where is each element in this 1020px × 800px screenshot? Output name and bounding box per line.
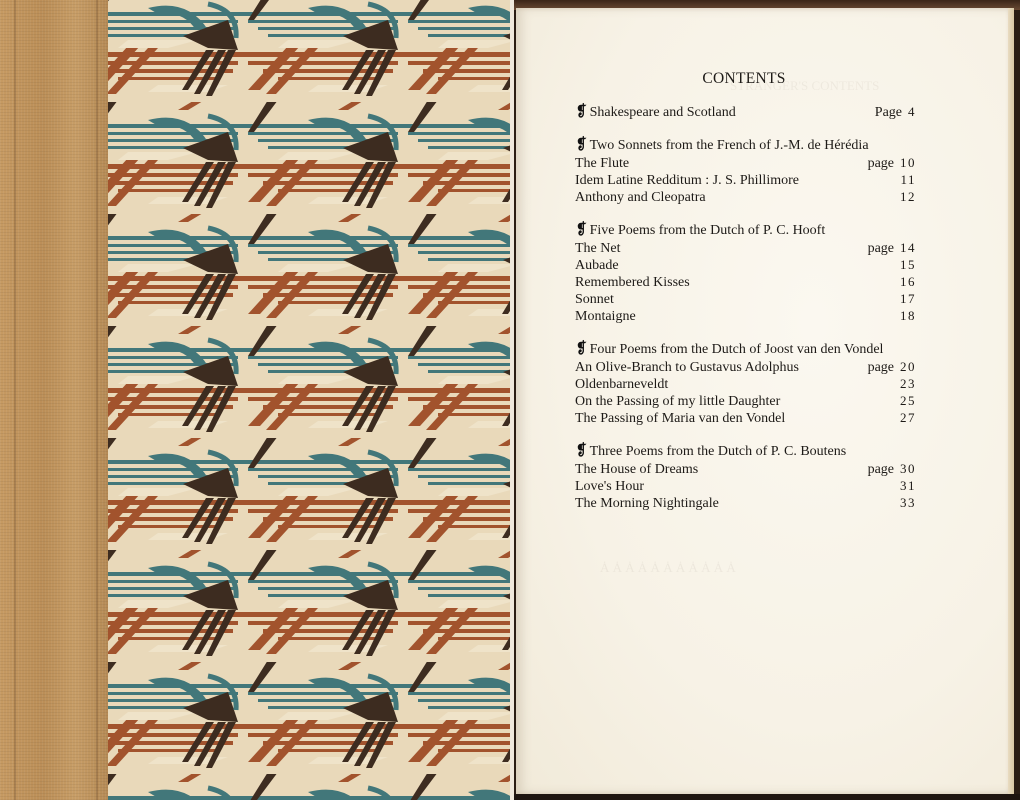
page-number: 23 xyxy=(900,376,916,391)
toc-entry[interactable]: Montaigne 18 xyxy=(575,307,916,324)
toc-section: ❡Two Sonnets from the French of J.-M. de… xyxy=(575,137,916,205)
entry-title: On the Passing of my little Daughter xyxy=(575,393,900,410)
toc-entry[interactable]: Aubade 15 xyxy=(575,256,916,273)
entry-title: The Passing of Maria van den Vondel xyxy=(575,410,900,427)
toc-entry[interactable]: The Morning Nightingale 33 xyxy=(575,494,916,511)
section-mark-icon: ❡ xyxy=(576,341,587,358)
toc-entry[interactable]: Anthony and Cleopatra 12 xyxy=(575,188,916,205)
page-number: 18 xyxy=(900,308,916,323)
cover-edge xyxy=(510,0,514,800)
entry-title: An Olive-Branch to Gustavus Adolphus xyxy=(575,359,868,376)
book-cover xyxy=(0,0,514,800)
page-label: page xyxy=(868,360,894,375)
page-number: 25 xyxy=(900,393,916,408)
toc-entry[interactable]: On the Passing of my little Daughter 25 xyxy=(575,392,916,409)
section-header-text: Two Sonnets from the French of J.-M. de … xyxy=(590,138,869,153)
section-header-text: Shakespeare and Scotland xyxy=(590,105,736,120)
toc-section: ❡Four Poems from the Dutch of Joost van … xyxy=(575,341,916,426)
section-header-text: Five Poems from the Dutch of P. C. Hooft xyxy=(590,223,826,238)
toc-section-header: ❡Three Poems from the Dutch of P. C. Bou… xyxy=(575,443,916,460)
section-mark-icon: ❡ xyxy=(576,137,587,154)
page-title: CONTENTS xyxy=(516,70,972,88)
page-number: 16 xyxy=(900,274,916,289)
page-label: page xyxy=(868,462,894,477)
section-header-text: Three Poems from the Dutch of P. C. Bout… xyxy=(590,444,847,459)
toc-section: ❡Three Poems from the Dutch of P. C. Bou… xyxy=(575,443,916,511)
page-number: 17 xyxy=(900,291,916,306)
page-number: 14 xyxy=(900,240,916,255)
page-number: 27 xyxy=(900,410,916,425)
page-label: Page xyxy=(875,105,902,120)
table-of-contents: ❡Shakespeare and Scotland Page4 ❡Two Son… xyxy=(575,103,916,528)
patterned-cover-paper xyxy=(108,0,512,800)
page-number: 33 xyxy=(900,495,916,510)
section-header-text: Four Poems from the Dutch of Joost van d… xyxy=(590,342,884,357)
toc-section-header: ❡Five Poems from the Dutch of P. C. Hoof… xyxy=(575,222,916,239)
toc-entry[interactable]: An Olive-Branch to Gustavus Adolphus pag… xyxy=(575,358,916,375)
entry-title: Aubade xyxy=(575,257,900,274)
toc-entry[interactable]: Sonnet 17 xyxy=(575,290,916,307)
toc-entry[interactable]: The Passing of Maria van den Vondel 27 xyxy=(575,409,916,426)
toc-section-header[interactable]: ❡Shakespeare and Scotland Page4 xyxy=(575,103,916,120)
entry-title: The House of Dreams xyxy=(575,461,868,478)
entry-title: Anthony and Cleopatra xyxy=(575,189,900,206)
toc-section: ❡Five Poems from the Dutch of P. C. Hoof… xyxy=(575,222,916,324)
section-mark-icon: ❡ xyxy=(576,222,587,239)
entry-title: The Morning Nightingale xyxy=(575,495,900,512)
toc-section-header: ❡Two Sonnets from the French of J.-M. de… xyxy=(575,137,916,154)
page-bottom-shadow xyxy=(514,794,1020,800)
page-fore-edge xyxy=(1008,8,1014,794)
entry-title: Love's Hour xyxy=(575,478,900,495)
entry-title: The Flute xyxy=(575,155,868,172)
page-number: 4 xyxy=(908,104,916,119)
entry-title: Sonnet xyxy=(575,291,900,308)
page-number: 31 xyxy=(900,478,916,493)
page-number: 10 xyxy=(900,155,916,170)
toc-entry[interactable]: Oldenbarneveldt 23 xyxy=(575,375,916,392)
entry-title: Idem Latine Redditum : J. S. Phillimore xyxy=(575,172,900,189)
cloth-spine xyxy=(0,0,108,800)
page-label: page xyxy=(868,241,894,256)
toc-entry[interactable]: The Net page14 xyxy=(575,239,916,256)
toc-entry[interactable]: Love's Hour 31 xyxy=(575,477,916,494)
toc-section-header: ❡Four Poems from the Dutch of Joost van … xyxy=(575,341,916,358)
page-number: 20 xyxy=(900,359,916,374)
show-through-text: Ȧ Ȧ Ȧ Ȧ Ȧ Ȧ Ȧ Ȧ Ȧ Ȧ Ȧ xyxy=(600,560,736,576)
page-number: 15 xyxy=(900,257,916,272)
section-mark-icon: ❡ xyxy=(576,443,587,460)
entry-title: The Net xyxy=(575,240,868,257)
page-number: 12 xyxy=(900,189,916,204)
toc-entry[interactable]: Remembered Kisses 16 xyxy=(575,273,916,290)
page-label: page xyxy=(868,156,894,171)
toc-entry[interactable]: The House of Dreams page30 xyxy=(575,460,916,477)
toc-entry[interactable]: Idem Latine Redditum : J. S. Phillimore … xyxy=(575,171,916,188)
page-number: 30 xyxy=(900,461,916,476)
entry-title: Montaigne xyxy=(575,308,900,325)
toc-entry[interactable]: The Flute page10 xyxy=(575,154,916,171)
entry-title: Oldenbarneveldt xyxy=(575,376,900,393)
section-mark-icon: ❡ xyxy=(576,104,587,121)
toc-section: ❡Shakespeare and Scotland Page4 xyxy=(575,103,916,120)
page-number: 11 xyxy=(900,172,916,187)
entry-title: Remembered Kisses xyxy=(575,274,900,291)
